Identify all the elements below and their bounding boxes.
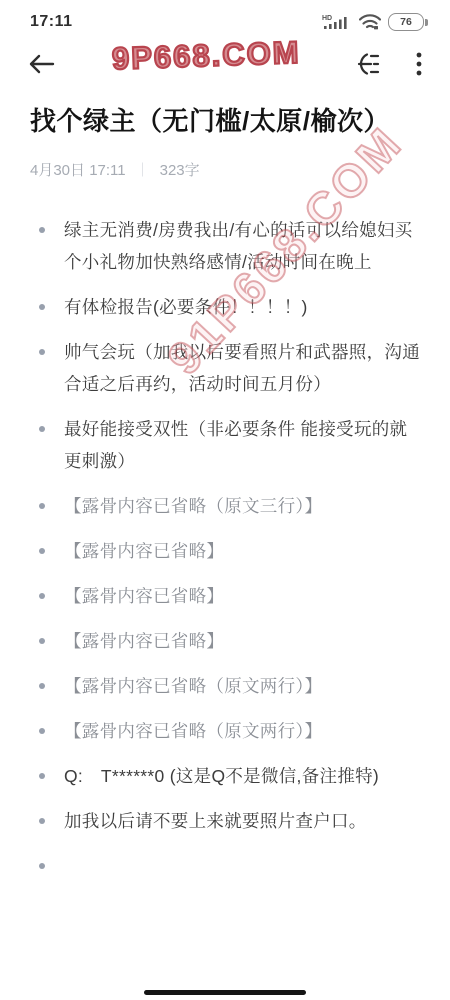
share-icon	[352, 52, 380, 79]
meta-divider: ｜	[136, 160, 150, 180]
list-item-text: 【露骨内容已省略（原文三行）】	[64, 496, 322, 516]
list-item[interactable]	[30, 850, 420, 882]
bullet-dot-icon	[39, 728, 45, 734]
list-item-text: 有体检报告(必要条件！！！！)	[64, 297, 308, 317]
list-item-text: 加我以后请不要上来就要照片查户口。	[64, 811, 367, 831]
list-item-text: 绿主无消费/房费我出/有心的话可以给媳妇买个小礼物加快熟络感情/活动时间在晚上	[64, 220, 413, 272]
list-item-text: 【露骨内容已省略（原文两行）】	[64, 721, 322, 741]
back-arrow-icon	[28, 53, 55, 78]
list-item[interactable]: 【露骨内容已省略（原文三行）】	[30, 490, 420, 522]
battery-nub	[425, 19, 428, 26]
status-bar: 17:11 HD 76	[0, 0, 450, 36]
share-button[interactable]	[352, 52, 380, 79]
note-word-count: 323字	[160, 159, 200, 180]
list-item-text: 【露骨内容已省略】	[64, 586, 224, 606]
list-item[interactable]: 【露骨内容已省略】	[30, 625, 420, 657]
list-item[interactable]: Q: T******0 (这是Q不是微信,备注推特)	[30, 760, 420, 792]
list-item[interactable]: 有体检报告(必要条件！！！！)	[30, 291, 420, 323]
list-item[interactable]: 【露骨内容已省略（原文两行）】	[30, 670, 420, 702]
nav-bar	[0, 38, 450, 92]
bullet-dot-icon	[39, 863, 45, 869]
note-meta: 4月30日 17:11 ｜ 323字	[30, 159, 420, 180]
more-menu-button[interactable]	[416, 52, 422, 79]
bullet-dot-icon	[39, 683, 45, 689]
bullet-dot-icon	[39, 349, 45, 355]
bullet-dot-icon	[39, 503, 45, 509]
list-item-text: 最好能接受双性（非必要条件 能接受玩的就更刺激）	[64, 419, 407, 471]
list-item-text: Q: T******0 (这是Q不是微信,备注推特)	[64, 766, 379, 786]
list-item-text: 帅气会玩（加我以后要看照片和武器照，沟通合适之后再约，活动时间五月份）	[64, 342, 420, 394]
bullet-dot-icon	[39, 304, 45, 310]
list-item[interactable]: 加我以后请不要上来就要照片查户口。	[30, 805, 420, 837]
list-item[interactable]: 【露骨内容已省略】	[30, 580, 420, 612]
note-document: 找个绿主（无门槛/太原/榆次） 4月30日 17:11 ｜ 323字 绿主无消费…	[0, 104, 450, 882]
kebab-menu-icon	[416, 52, 422, 79]
list-item[interactable]: 最好能接受双性（非必要条件 能接受玩的就更刺激）	[30, 413, 420, 477]
clock: 17:11	[30, 13, 73, 31]
bullet-dot-icon	[39, 227, 45, 233]
hd-signal-icon: HD	[322, 13, 352, 31]
bullet-dot-icon	[39, 638, 45, 644]
battery-icon: 76	[388, 13, 424, 31]
back-button[interactable]	[28, 53, 55, 78]
list-item[interactable]: 【露骨内容已省略】	[30, 535, 420, 567]
bullet-dot-icon	[39, 426, 45, 432]
list-item[interactable]: 帅气会玩（加我以后要看照片和武器照，沟通合适之后再约，活动时间五月份）	[30, 336, 420, 400]
battery-percent: 76	[400, 16, 412, 28]
note-date: 4月30日 17:11	[30, 159, 126, 180]
list-item[interactable]: 【露骨内容已省略（原文两行）】	[30, 715, 420, 747]
list-item-text: 【露骨内容已省略（原文两行）】	[64, 676, 322, 696]
bullet-list: 绿主无消费/房费我出/有心的话可以给媳妇买个小礼物加快熟络感情/活动时间在晚上 …	[30, 214, 420, 882]
list-item-text: 【露骨内容已省略】	[64, 541, 224, 561]
bullet-dot-icon	[39, 593, 45, 599]
bullet-dot-icon	[39, 773, 45, 779]
wifi-icon	[359, 13, 381, 31]
home-indicator[interactable]	[144, 990, 306, 996]
bullet-dot-icon	[39, 818, 45, 824]
list-item-text: 【露骨内容已省略】	[64, 631, 224, 651]
bullet-dot-icon	[39, 548, 45, 554]
list-item[interactable]: 绿主无消费/房费我出/有心的话可以给媳妇买个小礼物加快熟络感情/活动时间在晚上	[30, 214, 420, 278]
svg-text:HD: HD	[322, 15, 332, 22]
note-title[interactable]: 找个绿主（无门槛/太原/榆次）	[30, 104, 420, 139]
